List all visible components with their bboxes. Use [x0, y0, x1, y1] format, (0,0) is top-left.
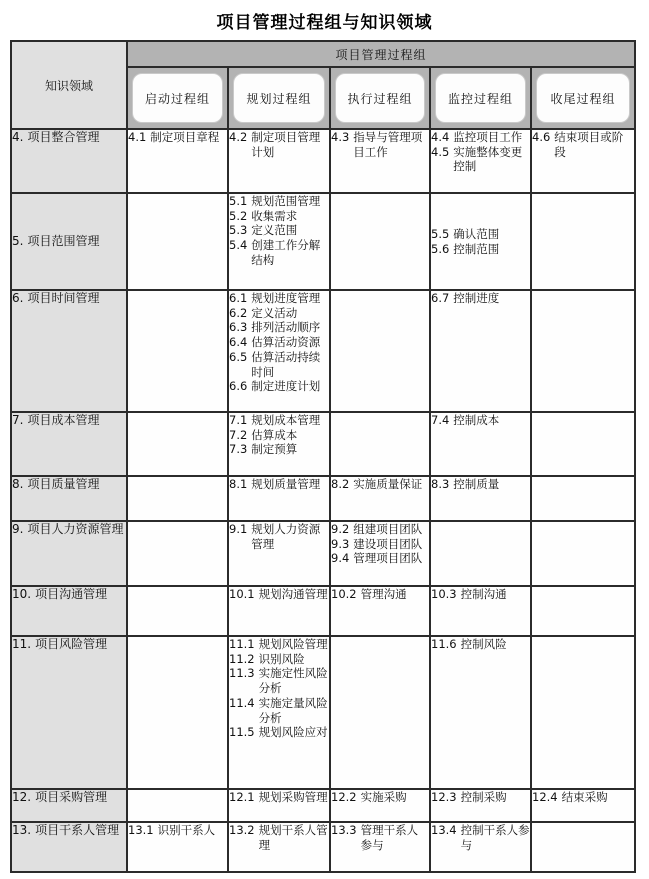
- knowledge-area-cell: 6.项目时间管理: [11, 290, 127, 412]
- process-item-text: 规划风险管理: [259, 637, 329, 652]
- process-item-text: 识别干系人: [158, 823, 227, 838]
- table-row: 7.项目成本管理7.1规划成本管理7.2估算成本7.3制定预算7.4控制成本: [11, 412, 635, 476]
- process-cell: 10.3控制沟通: [430, 586, 531, 636]
- process-item: 13.3管理干系人参与: [331, 823, 429, 852]
- knowledge-area-cell: 7.项目成本管理: [11, 412, 127, 476]
- process-cell: [531, 476, 635, 521]
- knowledge-area-label: 9.项目人力资源管理: [12, 522, 126, 537]
- process-item-number: 11.1: [229, 637, 255, 652]
- process-item: 8.2实施质量保证: [331, 477, 429, 492]
- process-item-number: 6.5: [229, 350, 247, 379]
- process-item: 5.3定义范围: [229, 223, 329, 238]
- process-item: 12.4结束采购: [532, 790, 634, 805]
- process-item-number: 4.4: [431, 130, 449, 145]
- process-item-number: 4.6: [532, 130, 550, 159]
- process-cell: 13.3管理干系人参与: [330, 822, 430, 872]
- page: 项目管理过程组与知识领域 知识领域 项目管理过程组 启动过程组 规划过程组: [0, 0, 649, 879]
- process-item-text: 规划进度管理: [251, 291, 329, 306]
- process-group-cell: 规划过程组: [228, 67, 330, 129]
- table-row: 13.项目干系人管理13.1识别干系人13.2规划干系人管理13.3管理干系人参…: [11, 822, 635, 872]
- knowledge-area-label-text: 项目范围管理: [27, 234, 126, 249]
- process-item-text: 制定项目章程: [150, 130, 227, 145]
- process-cell: [531, 290, 635, 412]
- process-item-number: 11.5: [229, 725, 255, 740]
- knowledge-area-label-number: 7.: [12, 413, 23, 428]
- process-item: 9.1规划人力资源管理: [229, 522, 329, 551]
- process-item: 11.2识别风险: [229, 652, 329, 667]
- process-item-number: 13.1: [128, 823, 154, 838]
- process-item-text: 管理沟通: [361, 587, 429, 602]
- knowledge-area-label-number: 9.: [12, 522, 23, 537]
- process-item-number: 13.4: [431, 823, 457, 852]
- process-item-text: 制定预算: [251, 442, 329, 457]
- process-item-number: 4.1: [128, 130, 146, 145]
- process-item: 12.3控制采购: [431, 790, 530, 805]
- process-cell: [127, 586, 228, 636]
- process-item-number: 9.2: [331, 522, 349, 537]
- process-item: 13.2规划干系人管理: [229, 823, 329, 852]
- process-item: 5.5确认范围: [431, 227, 530, 242]
- process-item-text: 规划干系人管理: [259, 823, 329, 852]
- process-item-text: 规划采购管理: [259, 790, 329, 805]
- process-cell: [127, 412, 228, 476]
- knowledge-area-label-text: 项目时间管理: [27, 291, 126, 306]
- process-cell: 8.3控制质量: [430, 476, 531, 521]
- knowledge-area-cell: 5.项目范围管理: [11, 193, 127, 290]
- process-cell: 12.1规划采购管理: [228, 789, 330, 822]
- process-item-number: 6.4: [229, 335, 247, 350]
- process-item: 12.2实施采购: [331, 790, 429, 805]
- process-cell: [127, 193, 228, 290]
- process-item-number: 5.5: [431, 227, 449, 242]
- process-item-number: 12.1: [229, 790, 255, 805]
- process-item: 7.2估算成本: [229, 428, 329, 443]
- process-cell: [531, 586, 635, 636]
- process-item-text: 结束项目或阶段: [554, 130, 634, 159]
- knowledge-area-label-text: 项目人力资源管理: [27, 522, 126, 537]
- process-cell: 12.2实施采购: [330, 789, 430, 822]
- process-item-text: 定义活动: [251, 306, 329, 321]
- knowledge-area-label-text: 项目成本管理: [27, 413, 126, 428]
- process-cell: [127, 636, 228, 789]
- process-item-number: 12.3: [431, 790, 457, 805]
- matrix-body: 4.项目整合管理4.1制定项目章程4.2制定项目管理计划4.3指导与管理项目工作…: [11, 129, 635, 872]
- process-group-box-monitoring: 监控过程组: [435, 73, 526, 123]
- knowledge-area-label-number: 5.: [12, 234, 23, 249]
- process-cell: 12.3控制采购: [430, 789, 531, 822]
- knowledge-area-label-number: 11.: [12, 637, 31, 652]
- process-item: 10.3控制沟通: [431, 587, 530, 602]
- process-item-number: 11.3: [229, 666, 255, 695]
- process-item: 6.1规划进度管理: [229, 291, 329, 306]
- knowledge-area-label-text: 项目风险管理: [35, 637, 126, 652]
- process-item-text: 控制沟通: [461, 587, 530, 602]
- process-item-text: 控制质量: [453, 477, 530, 492]
- process-item-text: 识别风险: [259, 652, 329, 667]
- process-item-text: 估算活动持续时间: [251, 350, 329, 379]
- process-cell: [127, 521, 228, 586]
- process-item-text: 实施定性风险分析: [259, 666, 329, 695]
- process-cell: 4.4监控项目工作4.5实施整体变更控制: [430, 129, 531, 193]
- knowledge-area-label: 13.项目干系人管理: [12, 823, 126, 838]
- process-item-number: 12.2: [331, 790, 357, 805]
- knowledge-area-label-text: 项目整合管理: [27, 130, 126, 145]
- process-item: 6.3排列活动顺序: [229, 320, 329, 335]
- process-group-cell: 收尾过程组: [531, 67, 635, 129]
- process-item: 11.1规划风险管理: [229, 637, 329, 652]
- process-item: 9.3建设项目团队: [331, 537, 429, 552]
- process-item-text: 控制风险: [461, 637, 530, 652]
- process-item-number: 8.3: [431, 477, 449, 492]
- process-item-text: 规划范围管理: [251, 194, 329, 209]
- process-item: 13.4控制干系人参与: [431, 823, 530, 852]
- process-group-box-executing: 执行过程组: [335, 73, 425, 123]
- knowledge-area-header: 知识领域: [11, 41, 127, 129]
- knowledge-area-label-text: 项目干系人管理: [35, 823, 126, 838]
- table-row: 6.项目时间管理6.1规划进度管理6.2定义活动6.3排列活动顺序6.4估算活动…: [11, 290, 635, 412]
- process-item-number: 8.1: [229, 477, 247, 492]
- knowledge-area-cell: 9.项目人力资源管理: [11, 521, 127, 586]
- table-row: 5.项目范围管理5.1规划范围管理5.2收集需求5.3定义范围5.4创建工作分解…: [11, 193, 635, 290]
- knowledge-area-label: 7.项目成本管理: [12, 413, 126, 428]
- process-item-text: 规划人力资源管理: [251, 522, 329, 551]
- process-cell: [531, 193, 635, 290]
- process-cell: [330, 636, 430, 789]
- process-cell: [531, 822, 635, 872]
- process-item: 9.2组建项目团队: [331, 522, 429, 537]
- table-row: 4.项目整合管理4.1制定项目章程4.2制定项目管理计划4.3指导与管理项目工作…: [11, 129, 635, 193]
- process-item-number: 9.3: [331, 537, 349, 552]
- process-item-text: 控制成本: [453, 413, 530, 428]
- process-item-number: 10.1: [229, 587, 255, 602]
- process-item-text: 实施采购: [361, 790, 429, 805]
- process-item-text: 估算成本: [251, 428, 329, 443]
- process-item-text: 规划沟通管理: [259, 587, 329, 602]
- process-group-cell: 执行过程组: [330, 67, 430, 129]
- process-cell: [531, 636, 635, 789]
- process-cell: 6.7控制进度: [430, 290, 531, 412]
- process-cell: 5.5确认范围5.6控制范围: [430, 193, 531, 290]
- knowledge-area-label-number: 12.: [12, 790, 31, 805]
- process-group-box-planning: 规划过程组: [233, 73, 325, 123]
- process-item: 5.6控制范围: [431, 242, 530, 257]
- process-item: 10.1规划沟通管理: [229, 587, 329, 602]
- process-item-text: 收集需求: [251, 209, 329, 224]
- table-row: 8.项目质量管理8.1规划质量管理8.2实施质量保证8.3控制质量: [11, 476, 635, 521]
- process-item-text: 确认范围: [453, 227, 530, 242]
- process-item-number: 6.3: [229, 320, 247, 335]
- process-item-number: 4.5: [431, 145, 449, 174]
- process-item: 7.4控制成本: [431, 413, 530, 428]
- process-item: 4.3指导与管理项目工作: [331, 130, 429, 159]
- process-item-text: 实施质量保证: [353, 477, 429, 492]
- process-cell: 4.3指导与管理项目工作: [330, 129, 430, 193]
- process-item-number: 10.3: [431, 587, 457, 602]
- process-cell: [127, 789, 228, 822]
- process-cell: [127, 476, 228, 521]
- process-item-text: 创建工作分解结构: [251, 238, 329, 267]
- process-cell: 10.2管理沟通: [330, 586, 430, 636]
- knowledge-area-cell: 12.项目采购管理: [11, 789, 127, 822]
- process-item-number: 7.3: [229, 442, 247, 457]
- process-item-text: 排列活动顺序: [251, 320, 329, 335]
- process-item-number: 11.6: [431, 637, 457, 652]
- knowledge-area-label-number: 13.: [12, 823, 31, 838]
- process-item-text: 控制采购: [461, 790, 530, 805]
- process-item: 6.7控制进度: [431, 291, 530, 306]
- process-item-text: 管理干系人参与: [361, 823, 429, 852]
- process-group-box-initiating: 启动过程组: [132, 73, 223, 123]
- process-cell: [330, 290, 430, 412]
- process-item: 5.2收集需求: [229, 209, 329, 224]
- process-item: 12.1规划采购管理: [229, 790, 329, 805]
- knowledge-area-cell: 13.项目干系人管理: [11, 822, 127, 872]
- process-item-number: 4.2: [229, 130, 247, 159]
- process-item: 6.2定义活动: [229, 306, 329, 321]
- process-item: 4.5实施整体变更控制: [431, 145, 530, 174]
- process-item-number: 6.6: [229, 379, 247, 394]
- knowledge-area-label: 10.项目沟通管理: [12, 587, 126, 602]
- process-cell: [330, 193, 430, 290]
- process-item-number: 10.2: [331, 587, 357, 602]
- process-cell: 5.1规划范围管理5.2收集需求5.3定义范围5.4创建工作分解结构: [228, 193, 330, 290]
- header-row-group: 知识领域 项目管理过程组: [11, 41, 635, 67]
- process-cell: [127, 290, 228, 412]
- process-item-text: 结束采购: [562, 790, 634, 805]
- process-item: 6.5估算活动持续时间: [229, 350, 329, 379]
- process-cell: 8.2实施质量保证: [330, 476, 430, 521]
- process-item-number: 7.4: [431, 413, 449, 428]
- process-item-number: 6.1: [229, 291, 247, 306]
- process-item-text: 估算活动资源: [251, 335, 329, 350]
- process-cell: 4.1制定项目章程: [127, 129, 228, 193]
- process-item-number: 6.7: [431, 291, 449, 306]
- process-item: 5.4创建工作分解结构: [229, 238, 329, 267]
- process-item-text: 组建项目团队: [353, 522, 429, 537]
- process-item-number: 5.3: [229, 223, 247, 238]
- process-cell: 8.1规划质量管理: [228, 476, 330, 521]
- process-cell: 9.2组建项目团队9.3建设项目团队9.4管理项目团队: [330, 521, 430, 586]
- process-groups-header: 项目管理过程组: [127, 41, 635, 67]
- process-cell: 9.1规划人力资源管理: [228, 521, 330, 586]
- process-item-text: 制定进度计划: [251, 379, 329, 394]
- process-item-number: 9.1: [229, 522, 247, 551]
- knowledge-area-label-number: 6.: [12, 291, 23, 306]
- knowledge-area-cell: 10.项目沟通管理: [11, 586, 127, 636]
- process-cell: [330, 412, 430, 476]
- knowledge-area-cell: 11.项目风险管理: [11, 636, 127, 789]
- process-item-text: 监控项目工作: [453, 130, 530, 145]
- knowledge-area-cell: 8.项目质量管理: [11, 476, 127, 521]
- process-item-text: 管理项目团队: [353, 551, 429, 566]
- process-item-text: 控制干系人参与: [461, 823, 530, 852]
- knowledge-area-label: 4.项目整合管理: [12, 130, 126, 145]
- knowledge-area-label-number: 4.: [12, 130, 23, 145]
- process-item-number: 13.3: [331, 823, 357, 852]
- process-group-cell: 启动过程组: [127, 67, 228, 129]
- knowledge-area-label-text: 项目沟通管理: [35, 587, 126, 602]
- process-cell: 13.4控制干系人参与: [430, 822, 531, 872]
- knowledge-area-label: 5.项目范围管理: [12, 234, 126, 249]
- process-item: 6.4估算活动资源: [229, 335, 329, 350]
- table-row: 10.项目沟通管理10.1规划沟通管理10.2管理沟通10.3控制沟通: [11, 586, 635, 636]
- process-item-text: 指导与管理项目工作: [353, 130, 429, 159]
- process-item-number: 11.4: [229, 696, 255, 725]
- process-item-number: 5.4: [229, 238, 247, 267]
- process-item-number: 5.6: [431, 242, 449, 257]
- process-item-text: 实施整体变更控制: [453, 145, 530, 174]
- process-item: 11.3实施定性风险分析: [229, 666, 329, 695]
- process-cell: 7.4控制成本: [430, 412, 531, 476]
- page-title: 项目管理过程组与知识领域: [10, 8, 639, 33]
- process-item: 10.2管理沟通: [331, 587, 429, 602]
- process-item: 8.3控制质量: [431, 477, 530, 492]
- process-cell: 12.4结束采购: [531, 789, 635, 822]
- process-item-number: 7.1: [229, 413, 247, 428]
- process-item: 8.1规划质量管理: [229, 477, 329, 492]
- process-cell: [531, 412, 635, 476]
- process-item-number: 4.3: [331, 130, 349, 159]
- process-item: 4.2制定项目管理计划: [229, 130, 329, 159]
- knowledge-area-label-text: 项目质量管理: [27, 477, 126, 492]
- process-cell: [430, 521, 531, 586]
- process-item: 7.3制定预算: [229, 442, 329, 457]
- process-item: 11.6控制风险: [431, 637, 530, 652]
- process-item: 7.1规划成本管理: [229, 413, 329, 428]
- knowledge-area-label-number: 8.: [12, 477, 23, 492]
- process-item: 11.4实施定量风险分析: [229, 696, 329, 725]
- process-item-text: 规划质量管理: [251, 477, 329, 492]
- process-item-text: 制定项目管理计划: [251, 130, 329, 159]
- process-item-text: 规划成本管理: [251, 413, 329, 428]
- table-row: 9.项目人力资源管理9.1规划人力资源管理9.2组建项目团队9.3建设项目团队9…: [11, 521, 635, 586]
- process-group-cell: 监控过程组: [430, 67, 531, 129]
- process-item-text: 定义范围: [251, 223, 329, 238]
- process-item: 4.4监控项目工作: [431, 130, 530, 145]
- process-matrix-table: 知识领域 项目管理过程组 启动过程组 规划过程组 执行过程组 监控过程组 收尾过…: [10, 40, 636, 873]
- process-item: 6.6制定进度计划: [229, 379, 329, 394]
- process-item-number: 9.4: [331, 551, 349, 566]
- process-cell: 10.1规划沟通管理: [228, 586, 330, 636]
- knowledge-area-label-number: 10.: [12, 587, 31, 602]
- process-item-number: 5.2: [229, 209, 247, 224]
- knowledge-area-label: 8.项目质量管理: [12, 477, 126, 492]
- process-item-number: 13.2: [229, 823, 255, 852]
- knowledge-area-label: 11.项目风险管理: [12, 637, 126, 652]
- process-item-number: 6.2: [229, 306, 247, 321]
- process-cell: 11.1规划风险管理11.2识别风险11.3实施定性风险分析11.4实施定量风险…: [228, 636, 330, 789]
- process-cell: 4.6结束项目或阶段: [531, 129, 635, 193]
- process-cell: 13.1识别干系人: [127, 822, 228, 872]
- process-item-text: 规划风险应对: [259, 725, 329, 740]
- knowledge-area-cell: 4.项目整合管理: [11, 129, 127, 193]
- process-cell: 7.1规划成本管理7.2估算成本7.3制定预算: [228, 412, 330, 476]
- table-row: 11.项目风险管理11.1规划风险管理11.2识别风险11.3实施定性风险分析1…: [11, 636, 635, 789]
- process-item-number: 12.4: [532, 790, 558, 805]
- process-item: 4.1制定项目章程: [128, 130, 227, 145]
- process-item-text: 控制进度: [453, 291, 530, 306]
- knowledge-area-label: 12.项目采购管理: [12, 790, 126, 805]
- process-cell: 11.6控制风险: [430, 636, 531, 789]
- process-item-number: 7.2: [229, 428, 247, 443]
- knowledge-area-label: 6.项目时间管理: [12, 291, 126, 306]
- process-item: 9.4管理项目团队: [331, 551, 429, 566]
- knowledge-area-label-text: 项目采购管理: [35, 790, 126, 805]
- process-item-number: 8.2: [331, 477, 349, 492]
- process-item: 5.1规划范围管理: [229, 194, 329, 209]
- process-item-number: 11.2: [229, 652, 255, 667]
- process-item-text: 控制范围: [453, 242, 530, 257]
- process-item-text: 建设项目团队: [353, 537, 429, 552]
- process-item: 11.5规划风险应对: [229, 725, 329, 740]
- process-cell: 13.2规划干系人管理: [228, 822, 330, 872]
- process-cell: 4.2制定项目管理计划: [228, 129, 330, 193]
- process-item: 13.1识别干系人: [128, 823, 227, 838]
- process-cell: 6.1规划进度管理6.2定义活动6.3排列活动顺序6.4估算活动资源6.5估算活…: [228, 290, 330, 412]
- process-cell: [531, 521, 635, 586]
- process-item-number: 5.1: [229, 194, 247, 209]
- process-item: 4.6结束项目或阶段: [532, 130, 634, 159]
- process-item-text: 实施定量风险分析: [259, 696, 329, 725]
- process-group-box-closing: 收尾过程组: [536, 73, 630, 123]
- table-row: 12.项目采购管理12.1规划采购管理12.2实施采购12.3控制采购12.4结…: [11, 789, 635, 822]
